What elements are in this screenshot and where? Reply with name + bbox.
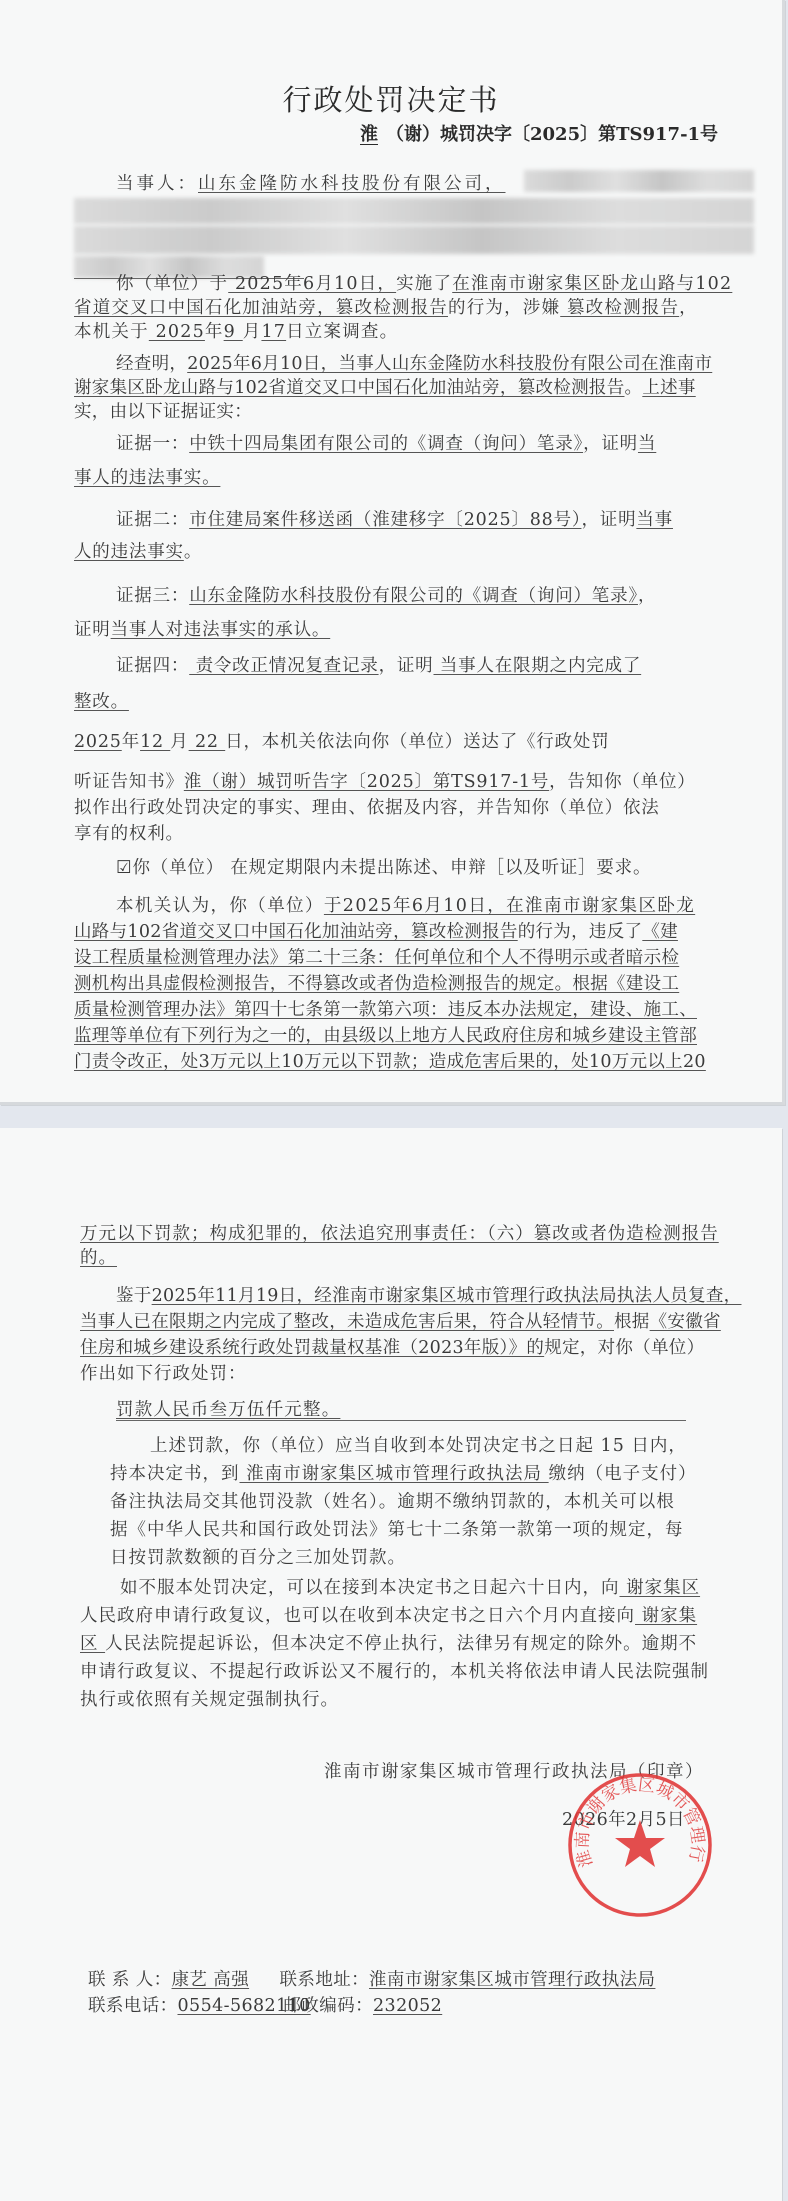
static-text: 上述罚款，你（单位）应当自收到本处罚决定书之日起 15 日内， — [150, 1436, 687, 1456]
static-text: 的行为，违反了 — [518, 922, 643, 942]
underlined-fill-text: 整改。 — [74, 692, 129, 712]
static-text: 鉴于 — [116, 1286, 152, 1306]
text-line: 日按罚款数额的百分之三加处罚款。 — [110, 1546, 406, 1570]
static-text: 。 — [625, 378, 643, 398]
underlined-fill-text: 人的违法事实 — [74, 542, 184, 562]
underlined-fill-text: 监理等单位有下列行为之一的，由县级以上地方人民政府住房和城乡建设主管部 — [74, 1026, 697, 1046]
underlined-fill-text: 事人的违法事实。 — [74, 468, 220, 488]
text-line: 的。 — [80, 1246, 117, 1270]
underlined-fill-text: 谢家集区 — [620, 1578, 701, 1598]
text-line: ☑你（单位） 在规定期限内未提出陈述、申辩［以及听证］要求。 — [116, 856, 651, 880]
static-text: 证据四： — [116, 656, 189, 676]
underlined-fill-text: 《安徽省 — [650, 1312, 721, 1332]
text-line: 证据四： 责令改正情况复查记录，证明 当事人在限期之内完成了 — [116, 654, 641, 678]
static-text: ， — [638, 586, 656, 606]
underlined-fill-text: 区 — [80, 1634, 105, 1654]
text-line: 听证告知书》淮（谢）城罚听告字〔2025〕第TS917-1号，告知你（单位） — [74, 770, 696, 794]
underlined-fill-text: 质量检测管理办法》第四十七条第一款第六项：违反本办法规定，建设、施工、 — [74, 1000, 697, 1020]
document-number-rest: （谢）城罚决字〔2025〕第TS917-1号 — [386, 124, 718, 145]
text-line: 测机构出具虚假检测报告，不得篡改或者伪造检测报告的规定。根据《建设工 — [74, 972, 679, 996]
underlined-fill-text: 9 — [224, 322, 243, 342]
underlined-fill-text: 2025年6月10日，当事人山东金隆防水科技股份有限公司在淮南市 — [187, 354, 712, 374]
text-line: 实，由以下证据证实： — [74, 400, 252, 424]
text-line: 拟作出行政处罚决定的事实、理由、依据及内容，并告知你（单位）依法 — [74, 796, 660, 820]
underlined-fill-text: 12 — [140, 732, 170, 752]
text-line: 监理等单位有下列行为之一的，由县级以上地方人民政府住房和城乡建设主管部 — [74, 1024, 697, 1048]
underlined-fill-text: 测机构出具虚假检测报告，不得篡改或者伪造检测报告的规定。根据《建设工 — [74, 974, 679, 994]
contact-person-label: 联 系 人： — [88, 1970, 172, 1990]
contact-person-value: 康艺 高强 — [172, 1968, 280, 1992]
penalty-underline-rule — [116, 1420, 686, 1421]
underlined-fill-text: 山路与102省道交叉口中国石化加油站旁，篡改检测报告 — [74, 922, 518, 942]
text-line: 当事人已在限期之内完成了整改，未造成危害后果，符合从轻情节。根据《安徽省 — [80, 1310, 721, 1334]
static-text: 月 — [170, 732, 188, 752]
underlined-fill-text: 市住建局案件移送函（淮建移字〔2025〕88号） — [189, 510, 581, 530]
underlined-fill-text: 2025年6月10日， — [228, 274, 396, 294]
underlined-fill-text: 22 — [189, 732, 226, 752]
underlined-fill-text: 省道交叉口中国石化加油站旁，篡改检测报告 — [74, 298, 448, 318]
contact-phone-value: 0554-5682110 — [178, 1994, 284, 2018]
underlined-fill-text: 门责令改正，处3万元以上10万元以下罚款；造成危害后果的，处10万元以上20 — [74, 1052, 706, 1072]
static-text: 月 — [243, 322, 262, 342]
static-text: 本机关认为，你（单位） — [116, 896, 324, 916]
text-line: 备注执法局交其他罚没款（姓名）。逾期不缴纳罚款的，本机关可以根 — [110, 1490, 675, 1514]
static-text: 证据三： — [116, 586, 189, 606]
static-text: 实施了 — [396, 274, 452, 294]
underlined-fill-text: 住房和城乡建设系统行政处罚裁量权基准（2023年版）》的 — [80, 1338, 544, 1358]
underlined-fill-text: 当 — [638, 434, 656, 454]
static-text: ，证明 — [379, 656, 434, 676]
text-line: 上述罚款，你（单位）应当自收到本处罚决定书之日起 15 日内， — [150, 1434, 687, 1458]
static-text: 拟作出行政处罚决定的事实、理由、依据及内容，并告知你（单位）依法 — [74, 798, 660, 818]
static-text: 听证告知书》 — [74, 772, 184, 792]
checkbox-checked-icon: ☑ — [116, 858, 133, 878]
text-line: 执行或依照有关规定强制执行。 — [80, 1688, 339, 1712]
static-text: 实，由以下证据证实： — [74, 402, 252, 422]
static-text: 根据 — [614, 1312, 650, 1332]
underlined-fill-text: 上述事 — [642, 378, 695, 398]
text-line: 作出如下行政处罚： — [80, 1362, 247, 1386]
text-line: 罚款人民币叁万伍仟元整。 — [116, 1398, 340, 1422]
static-text: 证据二： — [116, 510, 189, 530]
text-line: 如不服本处罚决定，可以在接到本决定书之日起六十日内，向 谢家集区 — [120, 1576, 700, 1600]
text-line: 人的违法事实。 — [74, 540, 202, 564]
redacted-block — [74, 198, 754, 224]
redacted-block — [74, 226, 754, 254]
contact-address-label: 联系地址： — [280, 1970, 370, 1990]
document-number-prefix: 淮 — [352, 124, 386, 145]
underlined-fill-text: 于2025年6月10日，在淮南市谢家集区卧龙 — [324, 896, 695, 916]
static-text: 人民法院提起诉讼，但本决定不停止执行，法律另有规定的除外。逾期不 — [105, 1634, 697, 1654]
text-line: 门责令改正，处3万元以上10万元以下罚款；造成危害后果的，处10万元以上20 — [74, 1050, 706, 1074]
contact-postcode-label: 邮政编码： — [284, 1996, 374, 2016]
static-text: 年 — [205, 322, 224, 342]
underlined-fill-text: 谢家集 — [635, 1606, 697, 1626]
contact-address-value: 淮南市谢家集区城市管理行政执法局 — [369, 1970, 655, 1990]
static-text: ，证明 — [581, 510, 636, 530]
text-line: 山路与102省道交叉口中国石化加油站旁，篡改检测报告的行为，违反了《建 — [74, 920, 678, 944]
party-name: 山东金隆防水科技股份有限公司， — [198, 174, 506, 194]
static-text: 享有的权利。 — [74, 824, 184, 844]
static-text: 据《中华人民共和国行政处罚法》第七十二条第一款第一项的规定，每 — [110, 1520, 684, 1540]
page-2: 万元以下罚款；构成犯罪的，依法追究刑事责任：（六）篡改或者伪造检测报告的。鉴于2… — [0, 1128, 782, 2201]
underlined-fill-text: 淮（谢）城罚听告字〔2025〕第TS917-1号 — [184, 772, 549, 792]
text-line: 持本决定书，到 淮南市谢家集区城市管理行政执法局 缴纳（电子支付） — [110, 1462, 697, 1486]
text-line: 证明当事人对违法事实的承认。 — [74, 618, 330, 642]
underlined-fill-text: 当事 — [636, 510, 673, 530]
static-text: 备注执法局交其他罚没款（姓名）。逾期不缴纳罚款的，本机关可以根 — [110, 1492, 675, 1512]
text-line: 申请行政复议、不提起行政诉讼又不履行的，本机关将依法申请人民法院强制 — [80, 1660, 709, 1684]
text-line: 质量检测管理办法》第四十七条第一款第六项：违反本办法规定，建设、施工、 — [74, 998, 697, 1022]
page-1: 行政处罚决定书 淮（谢）城罚决字〔2025〕第TS917-1号 当事人：山东金隆… — [0, 0, 785, 1105]
text-line: 证据一：中铁十四局集团有限公司的《调查（询问）笔录》，证明当 — [116, 432, 656, 456]
static-text: 证明 — [74, 620, 111, 640]
static-text: 作出如下行政处罚： — [80, 1364, 247, 1384]
text-line: 事人的违法事实。 — [74, 466, 220, 490]
text-line: 省道交叉口中国石化加油站旁，篡改检测报告的行为，涉嫌 篡改检测报告， — [74, 296, 698, 320]
underlined-fill-text: 责令改正情况复查记录 — [189, 656, 378, 676]
text-line: 证据二：市住建局案件移送函（淮建移字〔2025〕88号），证明当事 — [116, 508, 673, 532]
underlined-fill-text: 2025 — [149, 322, 205, 342]
text-line: 本机关认为，你（单位）于2025年6月10日，在淮南市谢家集区卧龙 — [116, 894, 695, 918]
redacted-block — [524, 170, 754, 192]
text-line: 鉴于2025年11月19日，经淮南市谢家集区城市管理行政执法局执法人员复查， — [116, 1284, 741, 1308]
static-text: 规定，对你（单位） — [544, 1338, 704, 1358]
party-label: 当事人： — [116, 174, 198, 194]
document-number: 淮（谢）城罚决字〔2025〕第TS917-1号 — [352, 120, 718, 146]
official-seal-icon: 淮南市谢家集区城市管理行政执法局 — [565, 1770, 715, 1920]
underlined-fill-text: 当事人在限期之内完成了 — [433, 656, 641, 676]
underlined-fill-text: 2025 — [74, 732, 122, 752]
underlined-fill-text: 淮南市谢家集区城市管理行政执法局 — [240, 1464, 549, 1484]
contact-phone-label: 联系电话： — [88, 1996, 178, 2016]
contact-postcode-value: 232052 — [373, 1994, 563, 2018]
static-text: 日立案调查。 — [286, 322, 398, 342]
text-line: 整改。 — [74, 690, 129, 714]
text-line: 2025年12 月 22 日，本机关依法向你（单位）送达了《行政处罚 — [74, 730, 610, 754]
underlined-fill-text: 篡改检测报告 — [560, 298, 679, 318]
text-line: 谢家集区卧龙山路与102省道交叉口中国石化加油站旁，篡改检测报告。上述事 — [74, 376, 696, 400]
underlined-fill-text: 的。 — [80, 1248, 117, 1268]
static-text: 如不服本处罚决定，可以在接到本决定书之日起六十日内，向 — [120, 1578, 620, 1598]
underlined-fill-text: 当事人对违法事实的承认。 — [111, 620, 331, 640]
underlined-fill-text: 《建 — [642, 922, 678, 942]
text-line: 经查明，2025年6月10日，当事人山东金隆防水科技股份有限公司在淮南市 — [116, 352, 712, 376]
text-line: 区 人民法院提起诉讼，但本决定不停止执行，法律另有规定的除外。逾期不 — [80, 1632, 697, 1656]
static-text: 缴纳（电子支付） — [549, 1464, 697, 1484]
static-text: 本机关于 — [74, 322, 149, 342]
underlined-fill-text: 万元以下罚款；构成犯罪的，依法追究刑事责任：（六）篡改或者伪造检测报告 — [80, 1224, 719, 1244]
text-line: 住房和城乡建设系统行政处罚裁量权基准（2023年版）》的规定，对你（单位） — [80, 1336, 704, 1360]
underlined-fill-text: 2025年11月19日，经淮南市谢家集区城市管理行政执法局执法人员复查， — [152, 1286, 742, 1306]
underlined-fill-text: 罚款人民币叁万伍仟元整。 — [116, 1400, 340, 1420]
static-text: 证据一： — [116, 434, 189, 454]
text-line: 本机关于 2025年9 月17日立案调查。 — [74, 320, 398, 344]
text-line: 人民政府申请行政复议，也可以在收到本决定书之日六个月内直接向 谢家集 — [80, 1604, 697, 1628]
static-text: 执行或依照有关规定强制执行。 — [80, 1690, 339, 1710]
text-line: 万元以下罚款；构成犯罪的，依法追究刑事责任：（六）篡改或者伪造检测报告 — [80, 1222, 719, 1246]
document-title: 行政处罚决定书 — [0, 78, 782, 119]
underlined-fill-text: 在淮南市谢家集区卧龙山路与102 — [452, 274, 732, 294]
contact-person-row: 联 系 人： 康艺 高强 联系地址：淮南市谢家集区城市管理行政执法局 — [88, 1968, 655, 1992]
static-text: 人民政府申请行政复议，也可以在收到本决定书之日六个月内直接向 — [80, 1606, 635, 1626]
text-line: 设工程质量检测管理办法》第二十三条：任何单位和个人不得明示或者暗示检 — [74, 946, 679, 970]
text-line: 你（单位）于 2025年6月10日，实施了在淮南市谢家集区卧龙山路与102 — [116, 272, 732, 296]
underlined-fill-text: 设工程质量检测管理办法》第二十三条：任何单位和个人不得明示或者暗示检 — [74, 948, 679, 968]
party-line: 当事人：山东金隆防水科技股份有限公司， — [116, 172, 506, 196]
static-text: 你（单位）于 — [116, 274, 228, 294]
underlined-fill-text: 谢家集区卧龙山路与102省道交叉口中国石化加油站旁，篡改检测报告 — [74, 378, 625, 398]
static-text: 你（单位） 在规定期限内未提出陈述、申辩［以及听证］要求。 — [133, 858, 652, 878]
static-text: 。 — [184, 542, 202, 562]
static-text: ， — [679, 298, 698, 318]
text-line: 据《中华人民共和国行政处罚法》第七十二条第一款第一项的规定，每 — [110, 1518, 684, 1542]
underlined-fill-text: 山东金隆防水科技股份有限公司的《调查（询问）笔录》 — [189, 586, 638, 606]
static-text: 日按罚款数额的百分之三加处罚款。 — [110, 1548, 406, 1568]
contact-phone-row: 联系电话： 0554-5682110 邮政编码： 232052 — [88, 1994, 563, 2018]
text-line: 证据三：山东金隆防水科技股份有限公司的《调查（询问）笔录》， — [116, 584, 656, 608]
static-text: ，告知你（单位） — [549, 772, 695, 792]
static-text: 的行为，涉嫌 — [448, 298, 560, 318]
static-text: 日，本机关依法向你（单位）送达了《行政处罚 — [225, 732, 609, 752]
underlined-fill-text: 17 — [261, 322, 286, 342]
static-text: 经查明， — [116, 354, 187, 374]
static-text: 年 — [122, 732, 140, 752]
static-text: 申请行政复议、不提起行政诉讼又不履行的，本机关将依法申请人民法院强制 — [80, 1662, 709, 1682]
underlined-fill-text: 中铁十四局集团有限公司的《调查（询问）笔录》 — [189, 434, 583, 454]
text-line: 享有的权利。 — [74, 822, 184, 846]
underlined-fill-text: 当事人已在限期之内完成了整改，未造成危害后果，符合从轻情节。 — [80, 1312, 614, 1332]
static-text: ，证明 — [583, 434, 638, 454]
static-text: 持本决定书，到 — [110, 1464, 240, 1484]
